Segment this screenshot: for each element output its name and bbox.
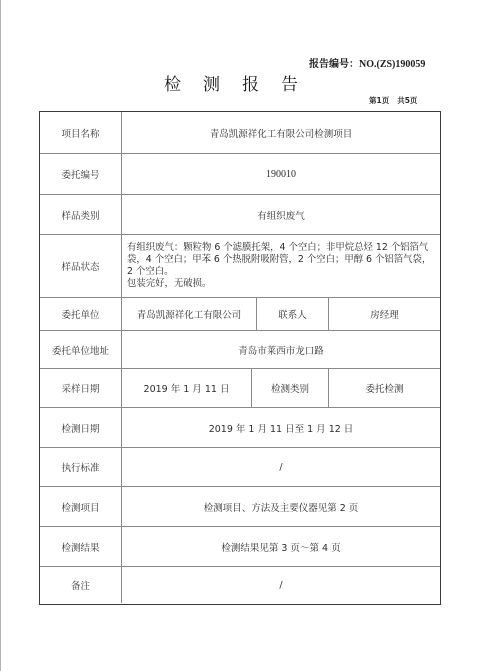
value-sample-category: 有组织废气 [122,195,440,234]
label-commission-no: 委托编号 [40,154,122,194]
row-remarks: 备注 / [40,566,440,603]
label-client-address: 委托单位地址 [40,331,122,368]
value-standard: / [122,448,440,486]
value-client-address: 青岛市莱西市龙口路 [122,331,440,368]
row-project-name: 项目名称 青岛凯源祥化工有限公司检测项目 [40,112,440,153]
label-remarks: 备注 [40,567,122,603]
label-client: 委托单位 [40,298,122,330]
row-client-address: 委托单位地址 青岛市莱西市龙口路 [40,330,440,368]
value-test-type: 委托检测 [329,369,440,407]
row-test-items: 检测项目 检测项目、方法及主要仪器见第 2 页 [40,486,440,526]
value-remarks: / [122,567,440,603]
label-standard: 执行标准 [40,448,122,486]
label-test-items: 检测项目 [40,487,122,526]
page-total: 共5页 [397,96,417,105]
row-test-date: 检测日期 2019 年 1 月 11 日至 1 月 12 日 [40,407,440,447]
sample-state-line-2: 包装完好，无破损。 [127,278,434,290]
value-sample-state: 有组织废气：颗粒物 6 个滤膜托架，4 个空白；非甲烷总烃 12 个铝箔气袋，4… [122,235,440,297]
row-test-results: 检测结果 检测结果见第 3 页～第 4 页 [40,526,440,566]
label-test-type: 检测类别 [252,369,329,407]
page-edge [0,0,1,671]
value-commission-no: 190010 [122,154,440,194]
row-standard: 执行标准 / [40,447,440,486]
document-title: 检测报告 [164,70,324,95]
report-info-table: 项目名称 青岛凯源祥化工有限公司检测项目 委托编号 190010 样品类别 有组… [39,111,441,605]
sample-state-line-1: 有组织废气：颗粒物 6 个滤膜托架，4 个空白；非甲烷总烃 12 个铝箔气袋，4… [127,242,434,278]
label-contact: 联系人 [257,298,329,330]
row-sample-category: 样品类别 有组织废气 [40,194,440,234]
label-sampling-date: 采样日期 [40,369,122,407]
page-indicator: 第1页共5页 [369,95,417,106]
page-current: 第1页 [369,96,389,105]
label-test-date: 检测日期 [40,408,122,447]
value-test-date: 2019 年 1 月 11 日至 1 月 12 日 [122,408,440,447]
row-sampling-date: 采样日期 2019 年 1 月 11 日 检测类别 委托检测 [40,368,440,407]
label-test-results: 检测结果 [40,527,122,566]
label-sample-state: 样品状态 [40,235,122,297]
value-test-items: 检测项目、方法及主要仪器见第 2 页 [122,487,440,526]
value-sampling-date: 2019 年 1 月 11 日 [122,369,252,407]
row-sample-state: 样品状态 有组织废气：颗粒物 6 个滤膜托架，4 个空白；非甲烷总烃 12 个铝… [40,234,440,297]
row-client: 委托单位 青岛凯源祥化工有限公司 联系人 房经理 [40,297,440,330]
value-test-results: 检测结果见第 3 页～第 4 页 [122,527,440,566]
value-contact: 房经理 [329,298,440,330]
label-sample-category: 样品类别 [40,195,122,234]
row-commission-no: 委托编号 190010 [40,153,440,194]
report-number: 报告编号：NO.(ZS)190059 [309,55,449,70]
value-project-name: 青岛凯源祥化工有限公司检测项目 [122,112,440,153]
value-client: 青岛凯源祥化工有限公司 [122,298,257,330]
label-project-name: 项目名称 [40,112,122,153]
